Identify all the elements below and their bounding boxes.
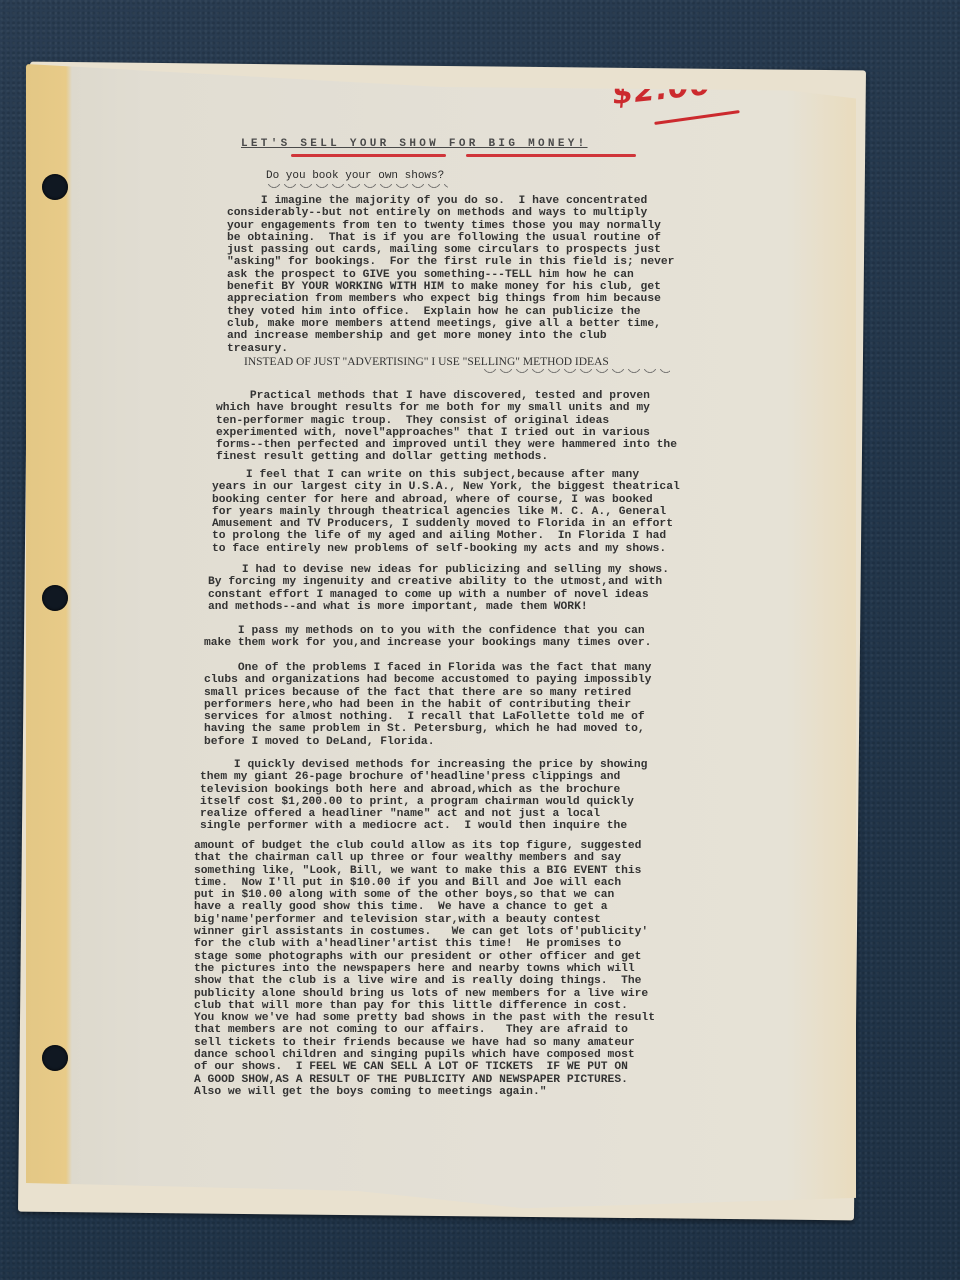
wavy-underline: [482, 369, 670, 375]
body-paragraph: Practical methods that I have discovered…: [216, 390, 677, 464]
price-underline: [654, 110, 740, 125]
section-heading: INSTEAD OF JUST "ADVERTISING" I USE "SEL…: [244, 356, 609, 368]
body-paragraph: I pass my methods on to you with the con…: [204, 625, 651, 650]
body-paragraph: I quickly devised methods for increasing…: [200, 759, 647, 833]
red-underline: [466, 154, 636, 157]
wavy-underline: [266, 184, 448, 190]
body-paragraph: amount of budget the club could allow as…: [194, 840, 655, 1098]
body-paragraph: One of the problems I faced in Florida w…: [204, 662, 651, 748]
red-underline: [291, 154, 446, 157]
document-title: LET'S SELL YOUR SHOW FOR BIG MONEY!: [241, 138, 661, 150]
question-heading: Do you book your own shows?: [266, 170, 444, 182]
typed-document-page: $2.00 LET'S SELL YOUR SHOW FOR BIG MONEY…: [26, 64, 856, 1214]
page-content: $2.00 LET'S SELL YOUR SHOW FOR BIG MONEY…: [26, 64, 856, 1214]
body-paragraph: I feel that I can write on this subject,…: [212, 469, 680, 555]
intro-paragraph: I imagine the majority of you do so. I h…: [227, 195, 674, 355]
body-paragraph: I had to devise new ideas for publicizin…: [208, 564, 669, 613]
